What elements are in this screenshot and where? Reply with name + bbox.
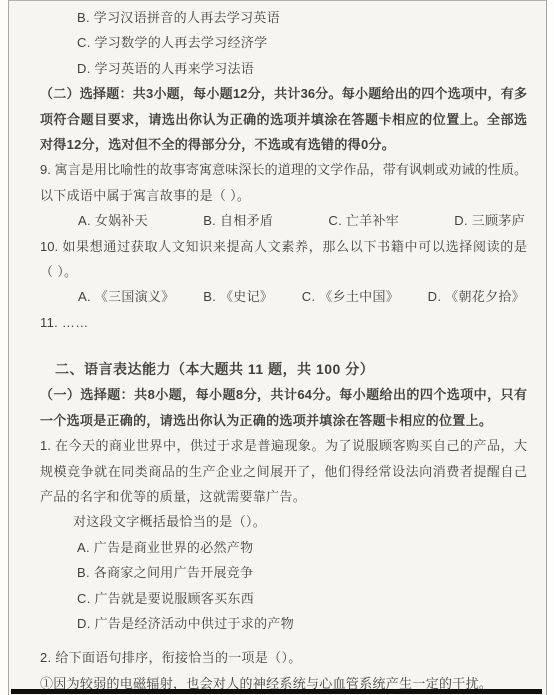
question-10-line-1: 10. 如果想通过获取人文知识来提高人文素养，那么以下书籍中可以选择阅读的是 [40, 234, 527, 259]
option-b: B. 学习汉语拼音的人再去学习英语 [40, 5, 527, 30]
question-9-line-2: 以下成语中属于寓言故事的是（ ）。 [40, 183, 527, 208]
question-1-line-2: 规模竞争就在同类商品的生产企业之间展开了，他们得经常设法向消费者提醒自己 [40, 459, 527, 484]
page-bottom-scan-bar [11, 689, 542, 694]
section-1-instruction-line-2: 一个选项是正确的，请选出你认为正确的选项并填涂在答题卡相应的位置上。 [40, 408, 527, 433]
option-c: C. 学习数学的人再去学习经济学 [40, 30, 527, 55]
document-content: B. 学习汉语拼音的人再去学习英语C. 学习数学的人再去学习经济学D. 学习英语… [40, 5, 527, 695]
question-1-option-c: C. 广告就是要说服顾客买东西 [40, 586, 527, 611]
question-2-line-1: 2. 给下面语句排序，衔接恰当的一项是（）。 [40, 645, 527, 670]
section-2-instruction-line-3: 对得12分，选对但不全的得部分分，不选或有选错的得0分。 [40, 132, 527, 157]
inline-option: C. 《乡土中国》 [302, 284, 399, 309]
section-1-instruction-line-1: （一）选择题：共8小题，每小题8分，共计64分。每小题给出的四个选项中，只有 [40, 382, 527, 407]
inline-option: D. 《朝花夕拾》 [428, 284, 525, 309]
document-page: B. 学习汉语拼音的人再去学习英语C. 学习数学的人再去学习经济学D. 学习英语… [8, 0, 547, 695]
inline-option: A. 女娲补天 [78, 208, 148, 233]
scanned-document-canvas: B. 学习汉语拼音的人再去学习英语C. 学习数学的人再去学习经济学D. 学习英语… [0, 0, 554, 695]
inline-option: B. 自相矛盾 [203, 208, 273, 233]
question-1-option-d: D. 广告是经济活动中供过于求的产物 [40, 611, 527, 636]
question-11: 11. …… [40, 310, 527, 335]
section-2-instruction-line-1: （二）选择题：共3小题，每小题12分，共计36分。每小题给出的四个选项中，有多 [40, 81, 527, 106]
question-1-option-b: B. 各商家之间用广告开展竞争 [40, 560, 527, 585]
question-1-option-a: A. 广告是商业世界的必然产物 [40, 535, 527, 560]
inline-option: C. 亡羊补牢 [328, 208, 399, 233]
question-1-prompt: 对这段文字概括最恰当的是（）。 [40, 509, 527, 534]
question-10-options: A. 《三国演义》B. 《史记》C. 《乡土中国》D. 《朝花夕拾》 [40, 284, 527, 309]
inline-option: B. 《史记》 [203, 284, 273, 309]
inline-option: A. 《三国演义》 [78, 284, 175, 309]
section-2-instruction-line-2: 项符合题目要求，请选出你认为正确的选项并填涂在答题卡相应的位置上。全部选 [40, 107, 527, 132]
question-9-line-1: 9. 寓言是用比喻性的故事寄寓意味深长的道理的文学作品，带有讽刺或劝诫的性质。 [40, 157, 527, 182]
inline-option: D. 三顾茅庐 [454, 208, 525, 233]
option-d: D. 学习英语的人再来学习法语 [40, 56, 527, 81]
question-9-options: A. 女娲补天B. 自相矛盾C. 亡羊补牢D. 三顾茅庐 [40, 208, 527, 233]
question-1-line-1: 1. 在今天的商业世界中，供过于求是普遍现象。为了说服顾客购买自己的产品，大 [40, 433, 527, 458]
question-10-line-2: （ ）。 [40, 259, 527, 284]
section-heading: 二、语言表达能力（本大题共 11 题，共 100 分） [40, 357, 527, 382]
question-1-line-3: 产品的名字和优等的质量，这就需要靠广告。 [40, 484, 527, 509]
